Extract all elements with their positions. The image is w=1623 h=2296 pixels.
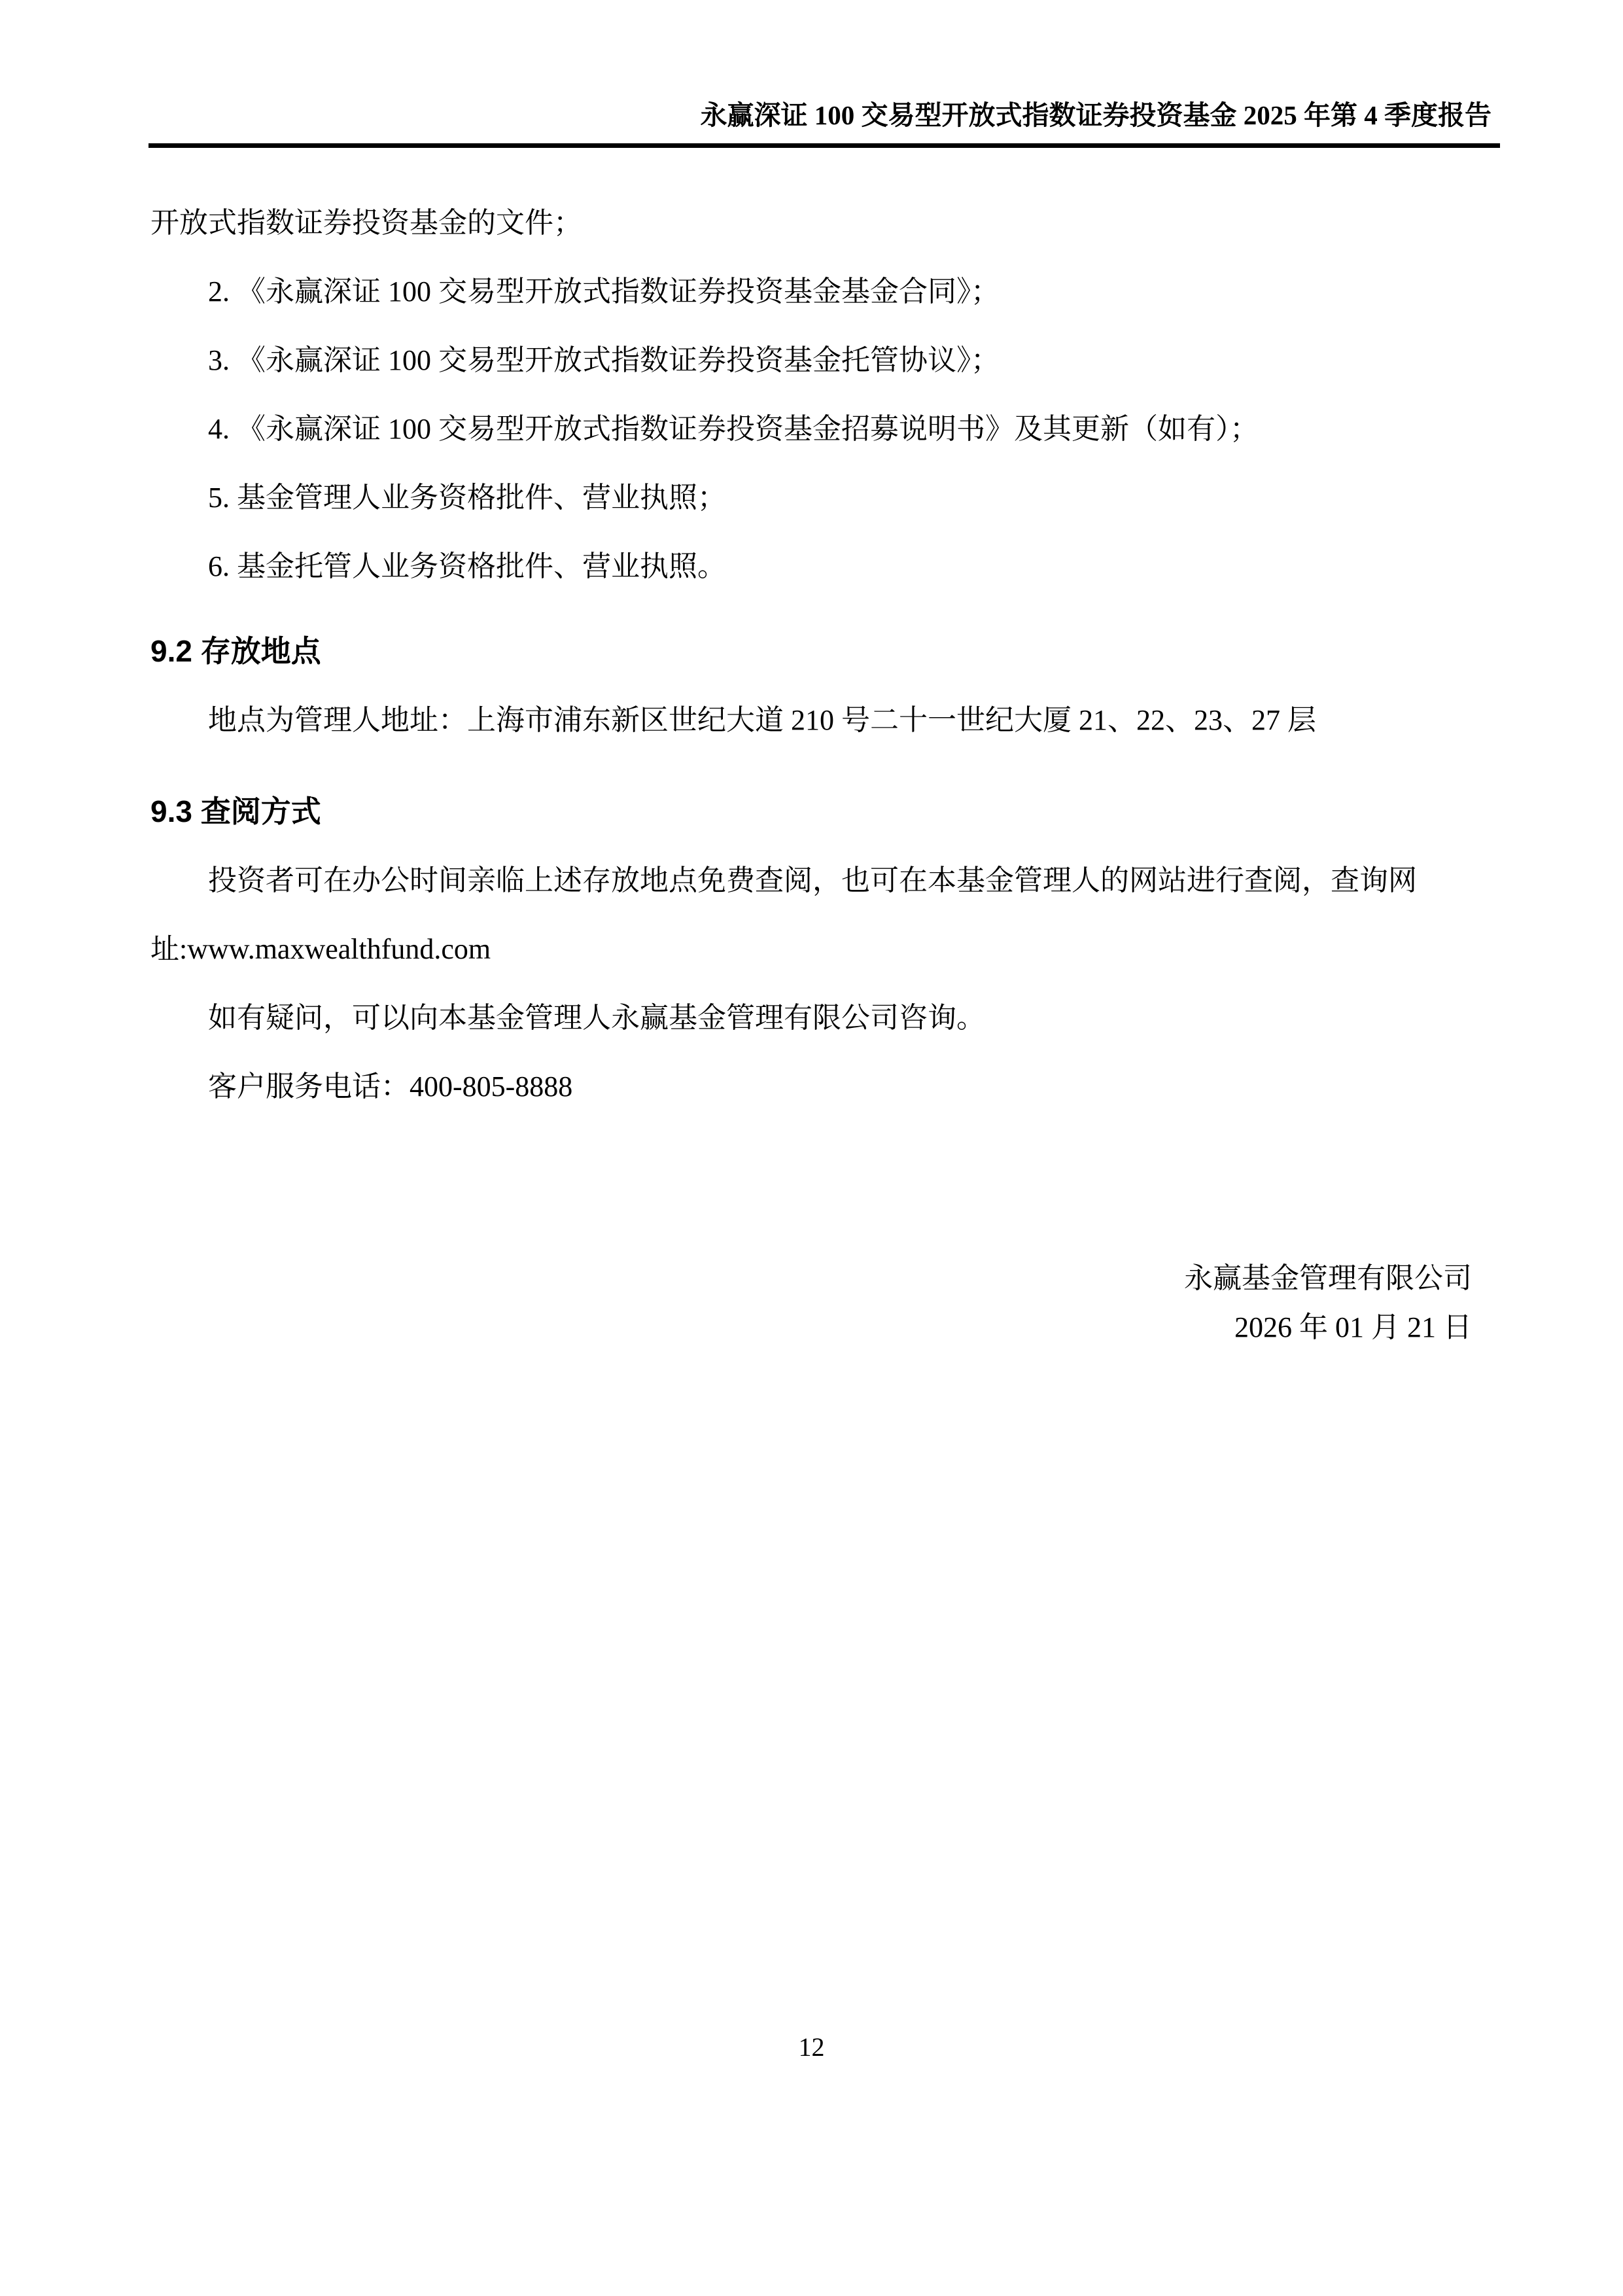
list-item: 5. 基金管理人业务资格批件、营业执照；	[150, 463, 1492, 532]
section-number: 9.2	[150, 634, 192, 668]
service-phone-line: 客户服务电话：400-805-8888	[150, 1052, 1492, 1121]
signature-company: 永赢基金管理有限公司	[150, 1254, 1472, 1303]
list-item: 2. 《永赢深证 100 交易型开放式指数证券投资基金基金合同》；	[150, 257, 1492, 326]
section-heading-92: 9.2 存放地点	[150, 617, 1492, 686]
header-divider	[148, 143, 1500, 148]
section-number: 9.3	[150, 794, 192, 828]
signature-date: 2026 年 01 月 21 日	[150, 1303, 1472, 1352]
list-item: 4. 《永赢深证 100 交易型开放式指数证券投资基金招募说明书》及其更新（如有…	[150, 395, 1492, 463]
list-item: 6. 基金托管人业务资格批件、营业执照。	[150, 532, 1492, 601]
document-page: 永赢深证 100 交易型开放式指数证券投资基金 2025 年第 4 季度报告 开…	[0, 0, 1623, 2296]
report-header-title: 永赢深证 100 交易型开放式指数证券投资基金 2025 年第 4 季度报告	[150, 99, 1492, 132]
website-line: 址:www.maxwealthfund.com	[150, 915, 1492, 983]
storage-location-line: 地点为管理人地址：上海市浦东新区世纪大道 210 号二十一世纪大厦 21、22、…	[150, 686, 1492, 754]
section-heading-93: 9.3 查阅方式	[150, 777, 1492, 846]
inquiry-line: 如有疑问，可以向本基金管理人永赢基金管理有限公司咨询。	[150, 983, 1492, 1052]
signature-block: 永赢基金管理有限公司 2026 年 01 月 21 日	[150, 1254, 1492, 1352]
section-title: 查阅方式	[201, 794, 321, 828]
inspection-paragraph-line1: 投资者可在办公时间亲临上述存放地点免费查阅，也可在本基金管理人的网站进行查阅，查…	[150, 846, 1492, 915]
section-title: 存放地点	[201, 634, 321, 668]
list-item: 3. 《永赢深证 100 交易型开放式指数证券投资基金托管协议》；	[150, 326, 1492, 395]
intro-line: 开放式指数证券投资基金的文件；	[150, 188, 1492, 257]
page-number: 12	[0, 2032, 1623, 2063]
